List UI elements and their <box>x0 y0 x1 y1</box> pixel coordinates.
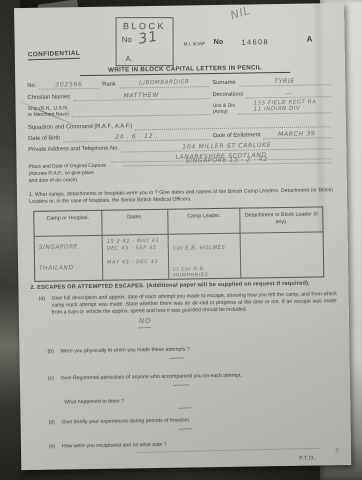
questionnaire-page: CONFIDENTIAL BLOCK No A. 31 M.I. 9/JAP N… <box>14 3 351 470</box>
field-ship-label: Ship (R.N., U.S.N. or Merchant Navy) <box>28 105 72 118</box>
field-capture-value: SINGAPORE 15 · 2 · 42 <box>186 155 268 164</box>
camp-dates: MAY 43 - DEC 43 <box>107 259 166 278</box>
question-2a: (a) Give full description and approx. da… <box>39 291 337 317</box>
field-surname-value: TYRIE <box>274 77 295 85</box>
field-no-line: 302566 <box>39 79 98 90</box>
question-2c-followup: What happened to them ? <box>64 399 124 406</box>
question-2e-text: How were you recaptured and on what date… <box>62 442 167 451</box>
field-unit-label: Unit & Div. (Army) <box>213 102 239 115</box>
cell-detachment-empty <box>241 232 324 277</box>
question-2d-label: (d) <box>49 419 62 426</box>
camps-table-body: SINGAPORE THAILAND 15·2·42 - MAY 43 DEC … <box>35 232 324 281</box>
col-header-camp: Camp or Hospital. <box>34 211 102 237</box>
serial-no-label: No <box>214 37 224 46</box>
cell-dates: 15·2·42 - MAY 43 DEC 43 - SEP 45 MAY 43 … <box>103 235 170 280</box>
field-ship-line <box>72 105 210 117</box>
confidential-label: CONFIDENTIAL <box>28 50 81 61</box>
field-christian-names-value: MATTHEW <box>123 91 159 99</box>
field-rank-value: L/BOMBARDIER <box>139 80 189 88</box>
question-2c-label: (c) <box>48 375 61 382</box>
pencil-mark <box>173 384 189 386</box>
field-unit-value: 155 FIELD REGT RA 11 INDIAN DIV <box>253 99 316 113</box>
field-unit-line: 155 FIELD REGT RA 11 INDIAN DIV <box>239 99 331 114</box>
camp-leader: Col E.B. HOLMES <box>173 237 238 267</box>
field-capture-label: Place and Date of Original Capture (Airc… <box>28 163 106 184</box>
pto-label: P.T.O. <box>299 456 315 462</box>
field-capture-line: SINGAPORE 15 · 2 · 42 <box>122 153 331 166</box>
pencil-mark <box>138 327 151 329</box>
nil-annotation: NIL <box>228 3 252 23</box>
series-letter: A <box>306 35 312 44</box>
question-2b: (b) Were you physically fit when you mad… <box>47 344 327 355</box>
camps-table: Camp or Hospital. Dates. Camp Leader. De… <box>33 206 324 282</box>
question-2b-label: (b) <box>47 348 60 355</box>
pencil-mark <box>170 357 185 359</box>
stamp-prefix: A. <box>126 54 133 63</box>
stamp-no-label: No <box>122 35 132 44</box>
cell-camps: SINGAPORE THAILAND <box>35 236 104 281</box>
field-address-label: Private Address and Telephone No. <box>28 145 122 154</box>
question-2e-label: (e) <box>49 443 62 450</box>
field-surname-label: Surname <box>212 79 239 87</box>
col-header-leader: Camp Leader. <box>168 209 240 235</box>
question-1-text: 1. What camps, detachments or hospitals … <box>29 187 333 206</box>
field-surname-line: TYRIE <box>239 75 331 86</box>
field-no-label: No. <box>27 83 39 90</box>
form-title: WRITE IN BLOCK CAPITAL LETTERS IN PENCIL <box>80 64 290 76</box>
field-rank-label: Rank <box>102 81 119 88</box>
serial-number: 14608 <box>242 37 270 46</box>
question-2a-label: (a) <box>39 296 52 317</box>
field-dob-value: 24 . 6 . 12 . <box>115 132 158 140</box>
field-enlistment-label: Date of Enlistment <box>213 132 263 140</box>
block-number-stamp: BLOCK No A. 31 <box>116 17 174 66</box>
camp-name: THAILAND <box>39 265 100 284</box>
field-enlistment-value: MARCH 39 <box>278 130 316 138</box>
question-2d-text: Give briefly your experiences during per… <box>62 417 191 426</box>
field-enlistment-line: MARCH 39 <box>263 128 331 139</box>
question-2b-text: Were you physically fit when you made th… <box>60 346 189 355</box>
col-header-dates: Dates. <box>102 210 168 236</box>
field-rank-line: L/BOMBARDIER <box>119 77 210 88</box>
form-reference: M.I. 9/JAP <box>184 41 205 46</box>
question-2c-text: Give Regimental particulars of anyone wh… <box>61 373 242 383</box>
pencil-mark <box>178 407 192 409</box>
scanned-document: CONFIDENTIAL BLOCK No A. 31 M.I. 9/JAP N… <box>0 0 362 480</box>
answer-2a: NO <box>139 317 152 325</box>
page-number: 3. <box>335 447 342 454</box>
question-2c: (c) Give Regimental particulars of anyon… <box>48 371 333 382</box>
cell-leaders: Col E.B. HOLMES Lt Col H.R. HUMPHRIES <box>169 234 242 279</box>
col-header-detachment: Detachment or Block Leader (if any). <box>240 207 322 233</box>
question-2a-text: Give full description and approx. date o… <box>52 291 337 317</box>
field-no-value: 302566 <box>55 81 82 89</box>
question-2d: (d) Give briefly your experiences during… <box>49 415 329 426</box>
camp-dates: 15·2·42 - MAY 43 DEC 43 - SEP 45 <box>107 238 166 260</box>
field-dob-label: Date of Birth <box>28 135 63 143</box>
pencil-mark <box>179 428 193 430</box>
stamp-block-number: 31 <box>137 29 159 48</box>
camp-name: SINGAPORE <box>39 239 100 266</box>
